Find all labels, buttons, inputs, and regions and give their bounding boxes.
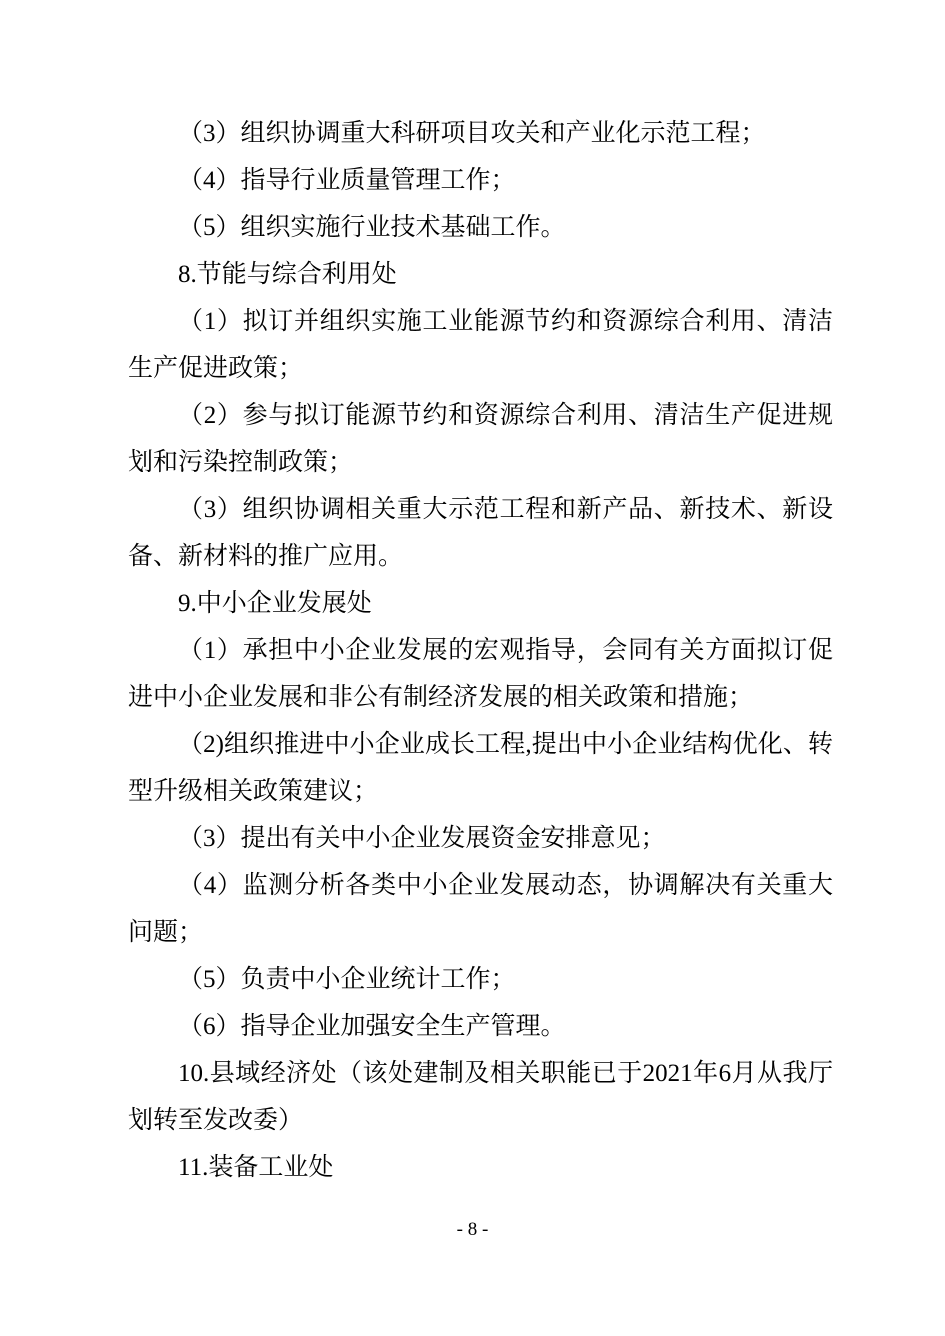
- paragraph: （5）负责中小企业统计工作；: [128, 956, 833, 1003]
- paragraph: （1）承担中小企业发展的宏观指导，会同有关方面拟订促进中小企业发展和非公有制经济…: [128, 627, 833, 721]
- paragraph: （5）组织实施行业技术基础工作。: [128, 204, 833, 251]
- paragraph: 8.节能与综合利用处: [128, 251, 833, 298]
- paragraph: （4）监测分析各类中小企业发展动态，协调解决有关重大问题；: [128, 862, 833, 956]
- document-page: （3）组织协调重大科研项目攻关和产业化示范工程；（4）指导行业质量管理工作；（5…: [0, 0, 945, 1336]
- paragraph: 9.中小企业发展处: [128, 580, 833, 627]
- paragraph: 11.装备工业处: [128, 1144, 833, 1191]
- paragraph: （2)组织推进中小企业成长工程,提出中小企业结构优化、转型升级相关政策建议；: [128, 721, 833, 815]
- paragraph: （6）指导企业加强安全生产管理。: [128, 1003, 833, 1050]
- paragraph: （1）拟订并组织实施工业能源节约和资源综合利用、清洁生产促进政策；: [128, 298, 833, 392]
- paragraph: （3）组织协调重大科研项目攻关和产业化示范工程；: [128, 110, 833, 157]
- paragraph: 10.县域经济处（该处建制及相关职能已于2021年6月从我厅划转至发改委）: [128, 1050, 833, 1144]
- paragraph: （2）参与拟订能源节约和资源综合利用、清洁生产促进规划和污染控制政策；: [128, 392, 833, 486]
- paragraph: （3）组织协调相关重大示范工程和新产品、新技术、新设备、新材料的推广应用。: [128, 486, 833, 580]
- document-body: （3）组织协调重大科研项目攻关和产业化示范工程；（4）指导行业质量管理工作；（5…: [128, 110, 833, 1191]
- page-number: - 8 -: [0, 1218, 945, 1242]
- paragraph: （3）提出有关中小企业发展资金安排意见；: [128, 815, 833, 862]
- paragraph: （4）指导行业质量管理工作；: [128, 157, 833, 204]
